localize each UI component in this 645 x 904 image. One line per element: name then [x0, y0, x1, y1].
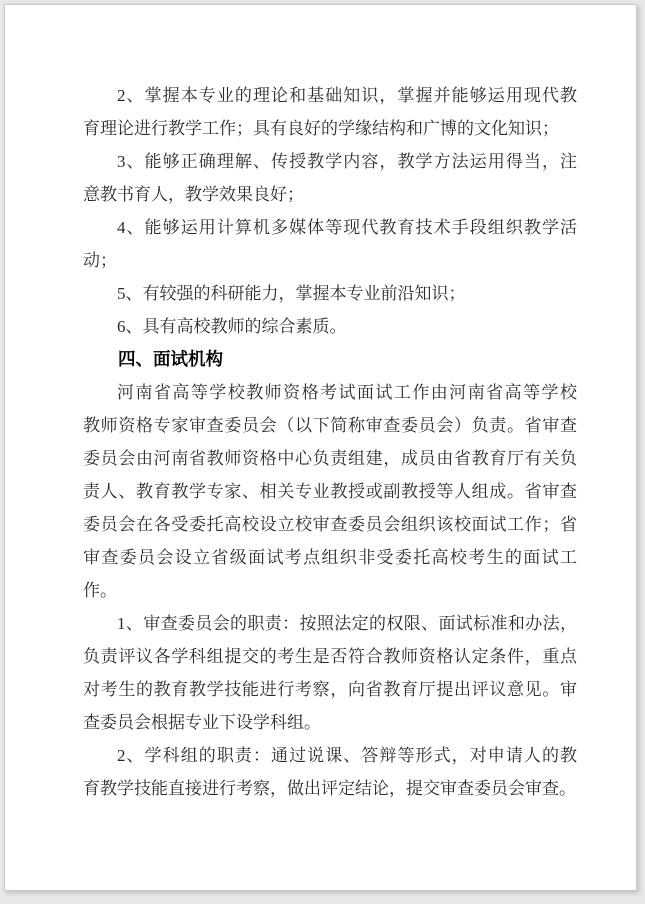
text-line: 委员会在各受委托高校设立校审查委员会组织该校面试工作；省	[83, 508, 577, 541]
text-line: 委员会由河南省教师资格中心负责组建，成员由省教育厅有关负	[83, 442, 577, 475]
text-line: 对考生的教育教学技能进行考察，向省教育厅提出评议意见。审	[83, 673, 577, 706]
text-line: 1、审查委员会的职责：按照法定的权限、面试标准和办法，	[83, 607, 577, 640]
text-line: 育理论进行教学工作；具有良好的学缘结构和广博的文化知识；	[83, 112, 577, 145]
document-viewport: 2、掌握本专业的理论和基础知识，掌握并能够运用现代教 育理论进行教学工作；具有良…	[0, 0, 645, 904]
section-heading: 四、面试机构	[83, 343, 577, 376]
text-line: 河南省高等学校教师资格考试面试工作由河南省高等学校	[83, 376, 577, 409]
text-line: 2、掌握本专业的理论和基础知识，掌握并能够运用现代教	[83, 79, 577, 112]
text-line: 查委员会根据专业下设学科组。	[83, 706, 577, 739]
text-line: 作。	[83, 574, 577, 607]
text-line: 负责评议各学科组提交的考生是否符合教师资格认定条件，重点	[83, 640, 577, 673]
text-line: 教师资格专家审查委员会（以下简称审查委员会）负责。省审查	[83, 409, 577, 442]
document-page: 2、掌握本专业的理论和基础知识，掌握并能够运用现代教 育理论进行教学工作；具有良…	[4, 4, 637, 891]
text-line: 审查委员会设立省级面试考点组织非受委托高校考生的面试工	[83, 541, 577, 574]
text-line: 3、能够正确理解、传授教学内容，教学方法运用得当，注	[83, 145, 577, 178]
text-line: 4、能够运用计算机多媒体等现代教育技术手段组织教学活	[83, 211, 577, 244]
text-line: 育教学技能直接进行考察，做出评定结论，提交审查委员会审查。	[83, 772, 577, 805]
text-line: 责人、教育教学专家、相关专业教授或副教授等人组成。省审查	[83, 475, 577, 508]
text-line: 动；	[83, 244, 577, 277]
text-line: 6、具有高校教师的综合素质。	[83, 310, 577, 343]
text-line: 意教书育人，教学效果良好；	[83, 178, 577, 211]
text-line: 5、有较强的科研能力，掌握本专业前沿知识；	[83, 277, 577, 310]
text-line: 2、学科组的职责：通过说课、答辩等形式，对申请人的教	[83, 739, 577, 772]
